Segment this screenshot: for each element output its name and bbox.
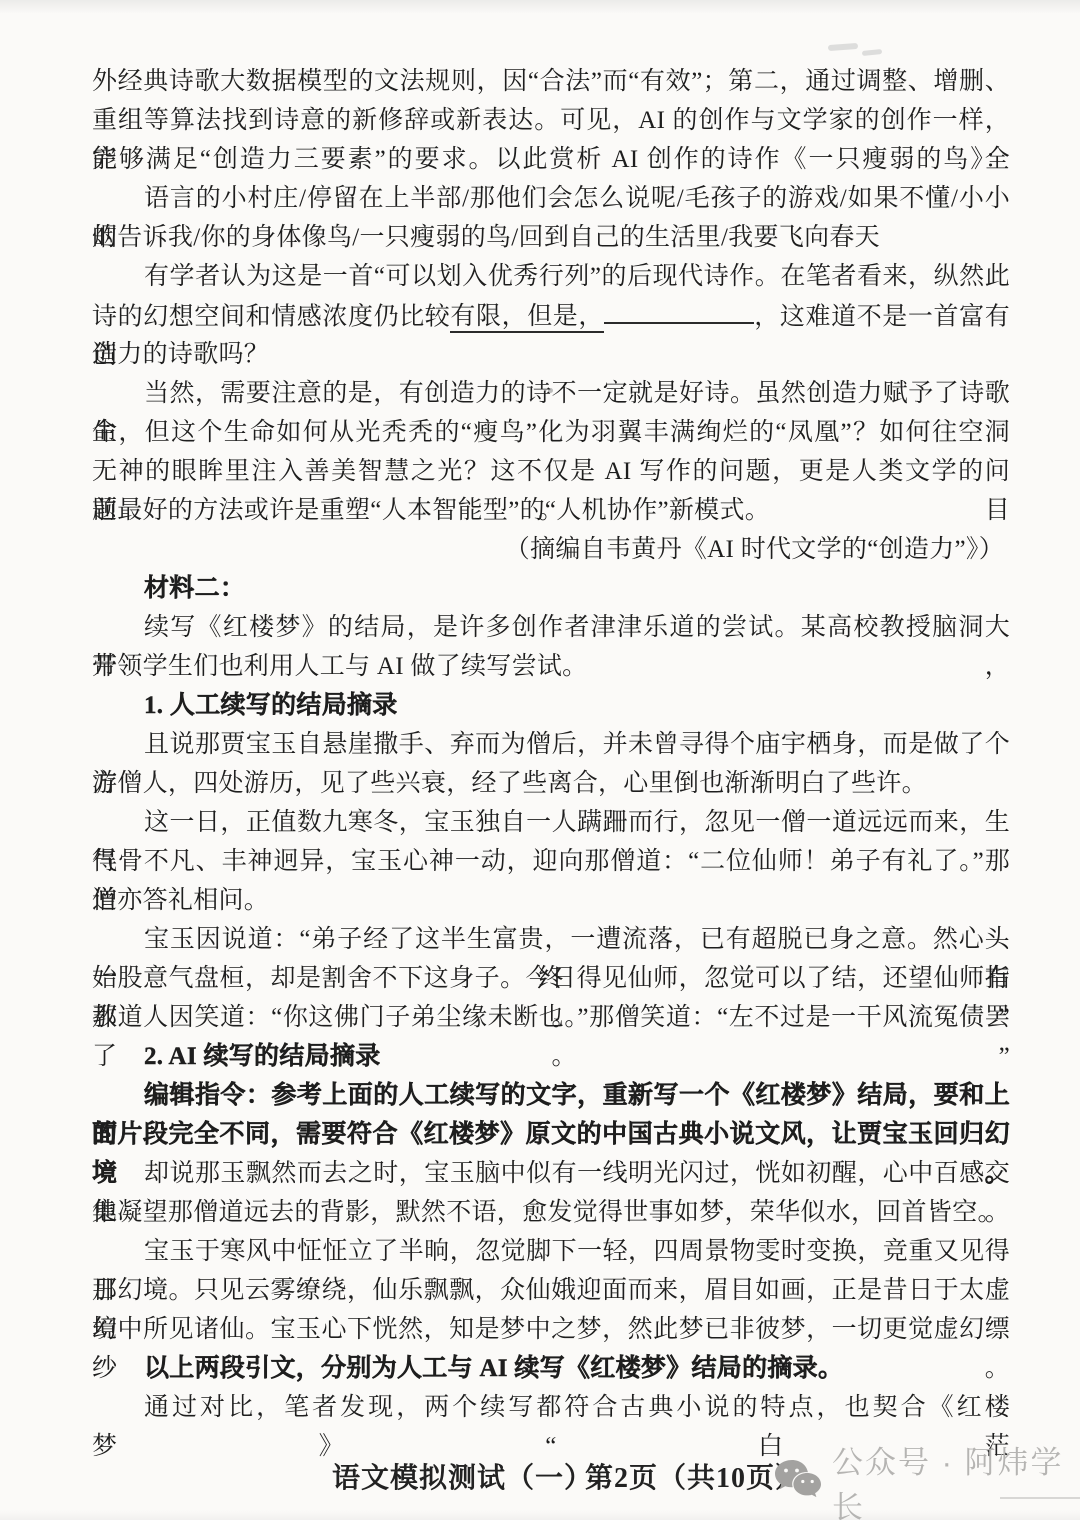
text-line: 那道人因笑道：“你这佛门子弟尘缘未断也。”那僧笑道：“左不过是一干风流冤债罢了。… [92, 998, 1010, 1037]
watermark-text: 公众号 · 阿炜学长 [832, 1437, 1080, 1520]
answer-blank [604, 296, 754, 324]
underlined-text: 有限，但是， [450, 303, 604, 333]
text-line: 当然，需要注意的是，有创造力的诗不一定就是好诗。虽然创造力赋予了诗歌生 [92, 374, 1010, 413]
text-line: 通过对比，笔者发现，两个续写都符合古典小说的特点，也契合《红楼梦》“白茫 [92, 1388, 1010, 1427]
text-line: 外经典诗歌大数据模型的文法规则，因“合法”而“有效”；第二，通过调整、增删、 [92, 62, 1010, 101]
exam-title: 语文模拟测试（一） [332, 1456, 593, 1496]
text-line: 命，但这个生命如何从光秃秃的“瘦鸟”化为羽翼丰满绚烂的“凤凰”？如何往空洞 [92, 413, 1010, 452]
line-segment: 诗的幻想空间和情感浓度仍比较 [92, 303, 450, 330]
text-line: 方僧人，四处游历，见了些兴衰，经了些离合，心里倒也渐渐明白了些许。 [92, 764, 1010, 803]
text-line: 且说那贾宝玉自悬崖撒手、弃而为僧后，并未曾寻得个庙宇栖身，而是做了个游 [92, 725, 1010, 764]
scan-smudge [862, 49, 882, 56]
footer-rule-line [1000, 1497, 1080, 1499]
text-line: 这一日，正值数九寒冬，宝玉独自一人蹒跚而行，忽见一僧一道远远而来，生得 [92, 803, 1010, 842]
watermark: 公众号 · 阿炜学长 [772, 1452, 1080, 1512]
text-line: 语言的小村庄/停留在上半部/那他们会怎么说呢/毛孩子的游戏/如果不懂/小小的 [92, 179, 1010, 218]
text-line: 日幻境。只见云雾缭绕，仙乐飘飘，众仙娥迎面而来，眉目如画，正是昔日于太虚幻 [92, 1271, 1010, 1310]
text-line: 无神的眼眸里注入善美智慧之光？这不仅是 AI 写作的问题，更是人类文学的问题。目 [92, 452, 1010, 491]
text-line: 重组等算法找到诗意的新修辞或新表达。可见，AI 的创作与文学家的创作一样，完全 [92, 101, 1010, 140]
text-line: 编辑指令：参考上面的人工续写的文字，重新写一个《红楼梦》结局，要和上面 [92, 1076, 1010, 1115]
text-line: （摘编自韦黄丹《AI 时代文学的“创造力”》） [92, 530, 1010, 569]
text-line: 的片段完全不同，需要符合《红楼梦》原文的中国古典小说文风，让贾宝玉回归幻境。 [92, 1115, 1010, 1154]
text-line: 诗的幻想空间和情感浓度仍比较有限，但是，，这难道不是一首富有创 [92, 296, 1010, 335]
document-body: 外经典诗歌大数据模型的文法规则，因“合法”而“有效”；第二，通过调整、增删、重组… [92, 62, 1010, 1427]
text-line: 境中所见诸仙。宝玉心下恍然，知是梦中之梦，然此梦已非彼梦，一切更觉虚幻缥纱。 [92, 1310, 1010, 1349]
text-line: 道亦答礼相问。 [92, 881, 1010, 920]
text-line: 有学者认为这是一首“可以划入优秀行列”的后现代诗作。在笔者看来，纵然此 [92, 257, 1010, 296]
scanned-exam-page: 外经典诗歌大数据模型的文法规则，因“合法”而“有效”；第二，通过调整、增删、重组… [0, 0, 1080, 1520]
text-line: 续写《红楼梦》的结局，是许多创作者津津乐道的尝试。某高校教授脑洞大开， [92, 608, 1010, 647]
text-line: 宝玉于寒风中怔怔立了半晌，忽觉脚下一轻，四周景物雯时变换，竞重又见得那 [92, 1232, 1010, 1271]
text-line: 烟告诉我/你的身体像鸟/一只瘦弱的鸟/回到自己的生活里/我要飞向春天 [92, 218, 1010, 257]
text-line: 材料二： [92, 569, 1010, 608]
text-line: 能够满足“创造力三要素”的要求。以此赏析 AI 创作的诗作《一只瘦弱的鸟》： [92, 140, 1010, 179]
text-line: 宝玉因说道：“弟子经了这半生富贵，一遭流落，已有超脱已身之意。然心头始终有 [92, 920, 1010, 959]
text-line: 气骨不凡、丰神迥异，宝玉心神一动，迎向那僧道：“二位仙师！弟子有礼了。”那僧 [92, 842, 1010, 881]
text-line: 1. 人工续写的结局摘录 [92, 686, 1010, 725]
page-footer: 语文模拟测试（一） 第2页（共10页） 公众号 · 阿炜学长 [0, 1452, 1080, 1512]
text-line: 却说那玉飘然而去之时，宝玉脑中似有一线明光闪过，恍如初醒，心中百感交集。 [92, 1154, 1010, 1193]
text-line: 一股意气盘桓，却是割舍不下这身子。今日得见仙师，忽觉可以了结，还望仙师指教。” [92, 959, 1010, 998]
text-line: 他凝望那僧道远去的背影，默然不语，愈发觉得世事如梦，荣华似水，回首皆空。 [92, 1193, 1010, 1232]
wechat-icon [772, 1457, 824, 1507]
text-line: 造力的诗歌吗？ [92, 335, 1010, 374]
scan-smudge [828, 43, 858, 51]
